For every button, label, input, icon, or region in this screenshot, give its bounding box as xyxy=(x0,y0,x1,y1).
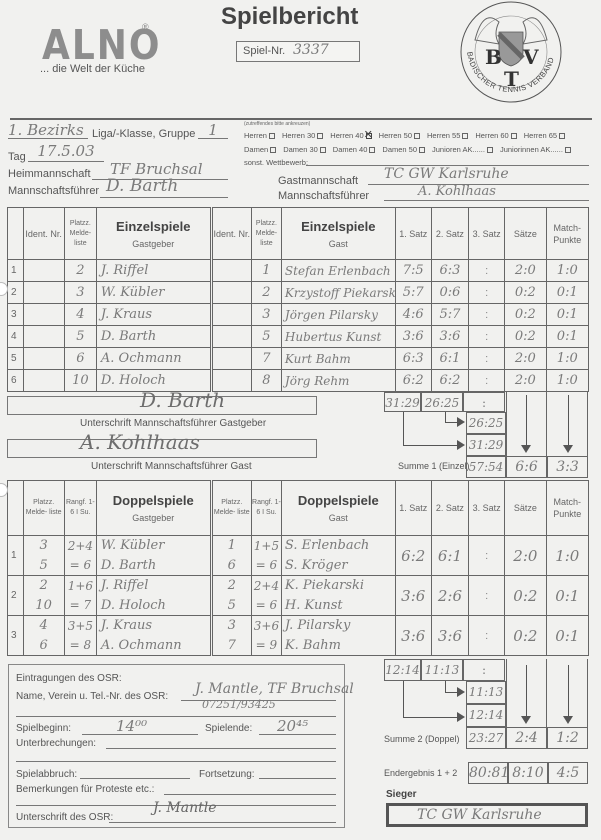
guest-player-cell[interactable]: J. Pilarsky xyxy=(281,616,395,636)
home-doubles-header: Doppelspiele Gastgeber xyxy=(96,481,211,536)
guest-singles-header: Einzelspiele Gast xyxy=(281,208,395,260)
sets-cell[interactable]: 2:0 xyxy=(505,348,546,370)
home-player-cell[interactable]: J. Riffel xyxy=(96,576,211,596)
platzz-header: Platzz. Melde- liste xyxy=(64,208,96,260)
document-title: Spielbericht xyxy=(221,3,358,31)
set2-cell[interactable]: 6:2 xyxy=(431,370,468,392)
set3-cell[interactable]: : xyxy=(469,576,505,616)
date-field[interactable]: 17.5.03 xyxy=(28,142,104,162)
set2-cell[interactable]: 3:6 xyxy=(431,616,468,656)
doubles-subtotal-set2: 11:13 xyxy=(421,659,463,681)
match-points-cell[interactable]: 0:1 xyxy=(546,304,588,326)
home-captain-field[interactable]: D. Barth xyxy=(100,176,228,198)
guest-player-cell[interactable]: Kurt Bahm xyxy=(281,348,395,370)
arrow-down-icon xyxy=(521,445,531,453)
guest-rank-cell[interactable]: = 9 xyxy=(251,636,281,656)
home-rank-cell[interactable]: 2+4 xyxy=(64,536,96,556)
interruptions-line-2[interactable] xyxy=(16,755,336,762)
sets-cell[interactable]: 2:0 xyxy=(505,260,546,282)
home-singles-header: Einzelspiele Gastgeber xyxy=(96,208,211,260)
osr-name-value: J. Mantle, TF Bruchsal xyxy=(195,681,354,697)
match-points-cell[interactable]: 0:1 xyxy=(546,576,588,616)
osr-title: Eintragungen des OSR: xyxy=(16,673,122,684)
league-label: Liga/-Klasse, Gruppe xyxy=(92,128,195,140)
checkbox-icon[interactable] xyxy=(414,133,420,139)
home-rank-cell[interactable]: = 7 xyxy=(64,596,96,616)
set1-cell[interactable]: 4:6 xyxy=(395,304,431,326)
arrow-line xyxy=(403,412,404,445)
guest-platzz-header: Platzz. Melde- liste xyxy=(251,208,281,260)
home-position-cell[interactable]: 3 xyxy=(64,282,96,304)
league-field[interactable]: 1. Bezirks xyxy=(8,121,88,139)
checkbox-icon[interactable] xyxy=(269,133,275,139)
set3-cell[interactable]: : xyxy=(469,326,505,348)
spiel-nr-label: Spiel-Nr. xyxy=(243,45,285,57)
guest-player-cell[interactable]: S. Kröger xyxy=(281,556,395,576)
guest-team-label: Gastmannschaft xyxy=(278,175,358,187)
row-number: 4 xyxy=(8,326,24,348)
set1-cell[interactable]: 6:2 xyxy=(395,370,431,392)
sets-header: Sätze xyxy=(505,481,546,536)
final-result-label: Endergebnis 1 + 2 xyxy=(384,768,457,778)
home-player-cell[interactable]: J. Kraus xyxy=(96,616,211,636)
guest-singles-sub: Gast xyxy=(282,239,395,249)
set3-header: 3. Satz xyxy=(469,481,505,536)
checkbox-icon[interactable] xyxy=(419,147,425,153)
match-points-header: Match- Punkte xyxy=(546,208,588,260)
set1-cell[interactable]: 3:6 xyxy=(395,616,431,656)
guest-position-cell[interactable]: 3 xyxy=(211,616,251,636)
registered-mark: ® xyxy=(142,22,149,32)
header-divider xyxy=(10,118,592,120)
home-captain-signature: D. Barth xyxy=(140,388,225,412)
guest-captain-signature: A. Kohlhaas xyxy=(80,430,200,454)
checkbox-icon[interactable] xyxy=(565,147,571,153)
home-doubles-sub: Gastgeber xyxy=(97,513,210,523)
arrow-line xyxy=(526,665,527,716)
end-time-value: 20⁴⁵ xyxy=(277,717,308,735)
guest-player-cell[interactable]: Hubertus Kunst xyxy=(281,326,395,348)
continuation-field[interactable] xyxy=(259,768,336,779)
guest-position-cell[interactable]: 1 xyxy=(251,260,281,282)
start-time-value: 14⁰⁰ xyxy=(116,717,147,735)
home-player-cell[interactable]: W. Kübler xyxy=(96,282,211,304)
guest-rank-cell[interactable]: 3+6 xyxy=(251,616,281,636)
arrow-right-icon xyxy=(457,417,465,427)
guest-rank-cell[interactable]: 1+5 xyxy=(251,536,281,556)
match-points-cell[interactable]: 1:0 xyxy=(546,260,588,282)
doubles-header-row: Platzz. Melde- liste Rangf. 1-6 I Su. Do… xyxy=(8,481,589,536)
home-position-cell[interactable]: 10 xyxy=(64,370,96,392)
arrow-down-icon xyxy=(563,716,573,724)
set3-cell[interactable]: : xyxy=(469,282,505,304)
guest-rank-cell[interactable]: = 6 xyxy=(251,596,281,616)
guest-player-cell[interactable]: Jörgen Pilarsky xyxy=(281,304,395,326)
doubles-sum-points: 1:2 xyxy=(547,727,588,749)
row-number: 1 xyxy=(8,260,24,282)
home-ident-cell[interactable] xyxy=(23,370,64,392)
guest-position-cell[interactable]: 5 xyxy=(251,326,281,348)
group-field[interactable]: 1 xyxy=(198,121,228,139)
set2-cell[interactable]: 3:6 xyxy=(431,326,468,348)
arrow-line xyxy=(526,395,527,445)
guest-player-cell[interactable]: S. Erlenbach xyxy=(281,536,395,556)
abort-label: Spielabbruch: xyxy=(16,769,77,780)
set2-cell[interactable]: 0:6 xyxy=(431,282,468,304)
home-ident-cell[interactable] xyxy=(23,326,64,348)
home-position-cell[interactable]: 6 xyxy=(64,348,96,370)
guest-position-cell[interactable]: 1 xyxy=(211,536,251,556)
match-points-cell[interactable]: 1:0 xyxy=(546,536,588,576)
home-captain-signature-label: Unterschrift Mannschaftsführer Gastgeber xyxy=(80,418,266,429)
singles-row: 3 4 J. Kraus 3 Jörgen Pilarsky 4:6 5:7 :… xyxy=(8,304,589,326)
osr-signature-value: J. Mantle xyxy=(153,800,217,816)
sets-header: Sätze xyxy=(505,208,546,260)
guest-player-cell[interactable]: K. Piekarski xyxy=(281,576,395,596)
doubles-sum-sets: 2:4 xyxy=(506,727,547,749)
home-singles-title: Einzelspiele xyxy=(97,219,210,235)
guest-rangf-header: Rangf. 1-6 I Su. xyxy=(251,481,281,536)
arrow-right-icon xyxy=(457,687,465,697)
home-rank-cell[interactable]: 1+6 xyxy=(64,576,96,596)
arrow-down-icon xyxy=(563,445,573,453)
match-points-header: Match- Punkte xyxy=(546,481,588,536)
winner-value: TC GW Karlsruhe xyxy=(417,807,542,823)
arrow-down-icon xyxy=(521,716,531,724)
sets-cell[interactable]: 0:2 xyxy=(505,304,546,326)
start-time-label: Spielbeginn: xyxy=(16,723,71,734)
set2-cell[interactable]: 6:3 xyxy=(431,260,468,282)
interruptions-label: Unterbrechungen: xyxy=(16,738,96,749)
category-option[interactable]: Damen 50 xyxy=(382,145,425,154)
home-doubles-title: Doppelspiele xyxy=(97,493,210,509)
doubles-table: Platzz. Melde- liste Rangf. 1-6 I Su. Do… xyxy=(7,480,589,656)
guest-team-field[interactable]: TC GW Karlsruhe xyxy=(368,166,589,185)
home-position-cell[interactable]: 5 xyxy=(23,556,64,576)
final-sets: 8:10 xyxy=(508,762,548,784)
row-number: 3 xyxy=(8,304,24,326)
guest-player-cell[interactable]: K. Bahm xyxy=(281,636,395,656)
home-ident-cell[interactable] xyxy=(23,304,64,326)
doubles-subtotal-set1: 12:14 xyxy=(384,659,421,681)
final-points: 4:5 xyxy=(548,762,588,784)
set2-header: 2. Satz xyxy=(431,208,468,260)
match-points-cell[interactable]: 1:0 xyxy=(546,370,588,392)
home-player-cell[interactable]: J. Riffel xyxy=(96,260,211,282)
winner-field[interactable]: TC GW Karlsruhe xyxy=(386,803,588,827)
set3-cell[interactable]: : xyxy=(469,616,505,656)
category-option[interactable]: Damen xyxy=(244,145,276,154)
home-position-cell[interactable]: 3 xyxy=(23,536,64,556)
home-position-cell[interactable]: 2 xyxy=(64,260,96,282)
guest-rank-cell[interactable]: 2+4 xyxy=(251,576,281,596)
set3-cell[interactable]: : xyxy=(469,348,505,370)
guest-player-cell[interactable]: Krzystoff Piekarski xyxy=(281,282,395,304)
osr-name-label: Name, Verein u. Tel.-Nr. des OSR: xyxy=(16,691,168,702)
singles-row: 5 6 A. Ochmann 7 Kurt Bahm 6:3 6:1 : 2:0… xyxy=(8,348,589,370)
set1-header: 1. Satz xyxy=(395,481,431,536)
match-points-cell[interactable]: 1:0 xyxy=(546,348,588,370)
singles-sum-games: 57:54 xyxy=(466,456,506,478)
home-captain-label: Mannschaftsführer xyxy=(8,185,99,197)
guest-position-cell[interactable]: 2 xyxy=(211,576,251,596)
guest-position-cell[interactable]: 3 xyxy=(251,304,281,326)
category-option[interactable]: Herren 40✕ xyxy=(330,131,371,140)
singles-table: Ident. Nr. Platzz. Melde- liste Einzelsp… xyxy=(7,207,589,392)
home-team-label: Heimmannschaft xyxy=(8,168,91,180)
guest-ident-cell[interactable] xyxy=(211,326,251,348)
arrow-line xyxy=(403,681,404,717)
checkbox-icon[interactable] xyxy=(511,133,517,139)
category-row-damen: Damen Damen 30 Damen 40 Damen 50 Juniore… xyxy=(244,145,594,154)
guest-singles-title: Einzelspiele xyxy=(282,219,395,235)
set3-header: 3. Satz xyxy=(469,208,505,260)
guest-position-cell[interactable]: 8 xyxy=(251,370,281,392)
date-label: Tag xyxy=(8,151,26,163)
set3-cell[interactable]: : xyxy=(469,536,505,576)
home-player-cell[interactable]: J. Kraus xyxy=(96,304,211,326)
category-option[interactable]: Herren 50 xyxy=(379,131,420,140)
guest-ident-cell[interactable] xyxy=(211,260,251,282)
guest-position-cell[interactable]: 2 xyxy=(251,282,281,304)
guest-doubles-header: Doppelspiele Gast xyxy=(281,481,395,536)
home-position-cell[interactable]: 10 xyxy=(23,596,64,616)
guest-rank-cell[interactable]: = 6 xyxy=(251,556,281,576)
arrow-right-icon xyxy=(457,712,465,722)
checkbox-icon[interactable] xyxy=(369,147,375,153)
guest-ident-nr-header: Ident. Nr. xyxy=(211,208,251,260)
checkbox-icon[interactable] xyxy=(487,147,493,153)
osr-signature-field[interactable]: J. Mantle xyxy=(109,812,336,823)
home-player-cell[interactable]: D. Barth xyxy=(96,326,211,348)
home-rank-cell[interactable]: = 6 xyxy=(64,556,96,576)
ident-nr-header: Ident. Nr. xyxy=(23,208,64,260)
osr-signature-label: Unterschrift des OSR: xyxy=(16,812,113,823)
set3-cell[interactable]: : xyxy=(469,304,505,326)
osr-section: Eintragungen des OSR: Name, Verein u. Te… xyxy=(8,664,345,828)
osr-phone-value: 07251/93425 xyxy=(202,698,276,711)
home-ident-cell[interactable] xyxy=(23,348,64,370)
interruptions-field[interactable] xyxy=(106,738,336,749)
sets-cell[interactable]: 0:2 xyxy=(505,576,546,616)
start-time-field[interactable]: 14⁰⁰ xyxy=(82,722,198,735)
guest-doubles-sub: Gast xyxy=(282,513,395,523)
row-number: 2 xyxy=(8,576,24,616)
sets-cell[interactable]: 0:2 xyxy=(505,282,546,304)
set3-cell[interactable]: : xyxy=(469,260,505,282)
federation-logo-icon: B V T BADISCHER TENNIS VERBAND xyxy=(455,0,567,104)
spiel-nr-value: 3337 xyxy=(293,42,329,58)
arrow-line xyxy=(403,717,459,718)
other-competition-label: sonst. Wettbewerb: xyxy=(244,158,308,167)
guest-ident-cell[interactable] xyxy=(211,348,251,370)
singles-row: 6 10 D. Holoch 8 Jörg Rehm 6:2 6:2 : 2:0… xyxy=(8,370,589,392)
guest-position-cell[interactable]: 5 xyxy=(211,596,251,616)
set1-cell[interactable]: 3:6 xyxy=(395,326,431,348)
svg-text:B: B xyxy=(485,45,502,69)
guest-captain-label: Mannschaftsführer xyxy=(278,190,369,202)
singles-subtotal-set3: : xyxy=(463,392,505,412)
singles-row: 4 5 D. Barth 5 Hubertus Kunst 3:6 3:6 : … xyxy=(8,326,589,348)
singles-carry-set2: 26:25 xyxy=(466,412,506,434)
singles-subtotal-set2: 26:25 xyxy=(421,392,463,412)
row-number: 2 xyxy=(8,282,24,304)
home-rank-cell[interactable]: 3+5 xyxy=(64,616,96,636)
doubles-row: 2 2 1+6 J. Riffel 2 2+4 K. Piekarski 3:6… xyxy=(8,576,589,596)
set1-cell[interactable]: 3:6 xyxy=(395,576,431,616)
sets-cell[interactable]: 2:0 xyxy=(505,536,546,576)
set1-cell[interactable]: 6:2 xyxy=(395,536,431,576)
home-singles-sub: Gastgeber xyxy=(97,239,210,249)
category-option[interactable]: Herren 65 xyxy=(524,131,565,140)
continuation-label: Fortsetzung: xyxy=(199,769,255,780)
doubles-row: 1 3 2+4 W. Kübler 1 1+5 S. Erlenbach 6:2… xyxy=(8,536,589,556)
singles-row: 2 3 W. Kübler 2 Krzystoff Piekarski 5:7 … xyxy=(8,282,589,304)
match-points-cell[interactable]: 0:1 xyxy=(546,616,588,656)
home-position-cell[interactable]: 6 xyxy=(23,636,64,656)
guest-position-cell[interactable]: 7 xyxy=(251,348,281,370)
set1-cell[interactable]: 7:5 xyxy=(395,260,431,282)
singles-subtotal-set1: 31:29 xyxy=(384,392,421,412)
doubles-subtotal-set3: : xyxy=(463,659,505,681)
category-option[interactable]: Herren xyxy=(244,131,275,140)
singles-sum-sets: 6:6 xyxy=(506,456,547,478)
checkbox-icon[interactable] xyxy=(320,147,326,153)
singles-sum-points: 3:3 xyxy=(547,456,588,478)
doubles-sum-label: Summe 2 (Doppel) xyxy=(384,734,460,744)
remarks-field[interactable] xyxy=(164,784,336,795)
doubles-sum-games: 23:27 xyxy=(466,727,506,749)
guest-doubles-title: Doppelspiele xyxy=(282,493,395,509)
row-number: 1 xyxy=(8,536,24,576)
guest-ident-cell[interactable] xyxy=(211,304,251,326)
arrow-line xyxy=(568,395,569,445)
singles-sum-label: Summe 1 (Einzel) xyxy=(398,461,470,471)
sets-cell[interactable]: 0:2 xyxy=(505,616,546,656)
guest-ident-cell[interactable] xyxy=(211,282,251,304)
home-player-cell[interactable]: A. Ochmann xyxy=(96,636,211,656)
home-position-cell[interactable]: 2 xyxy=(23,576,64,596)
home-ident-cell[interactable] xyxy=(23,260,64,282)
row-number-header xyxy=(8,208,24,260)
row-number-header xyxy=(8,481,24,536)
singles-carry-set1: 31:29 xyxy=(466,434,506,456)
row-number: 3 xyxy=(8,616,24,656)
arrow-line xyxy=(445,412,446,422)
checkbox-icon[interactable] xyxy=(462,133,468,139)
category-option[interactable]: Damen 40 xyxy=(333,145,376,154)
arrow-line xyxy=(445,681,446,692)
row-number: 6 xyxy=(8,370,24,392)
sponsor-tagline: ... die Welt der Küche xyxy=(40,63,145,75)
checked-checkbox-icon[interactable]: ✕ xyxy=(366,133,372,139)
category-option[interactable]: Herren 60 xyxy=(475,131,516,140)
match-points-cell[interactable]: 0:1 xyxy=(546,326,588,348)
category-option[interactable]: Junioren AK...... xyxy=(432,145,493,154)
singles-row: 1 2 J. Riffel 1 Stefan Erlenbach 7:5 6:3… xyxy=(8,260,589,282)
category-option[interactable]: Herren 30 xyxy=(282,131,323,140)
svg-text:V: V xyxy=(522,45,539,69)
remarks-label: Bemerkungen für Proteste etc.: xyxy=(16,784,154,795)
osr-phone-line[interactable]: 07251/93425 xyxy=(16,709,336,717)
set3-cell[interactable]: : xyxy=(469,370,505,392)
end-time-label: Spielende: xyxy=(205,723,252,734)
set1-header: 1. Satz xyxy=(395,208,431,260)
winner-label: Sieger xyxy=(386,789,417,800)
guest-player-cell[interactable]: Stefan Erlenbach xyxy=(281,260,395,282)
arrow-line xyxy=(403,445,459,446)
end-time-field[interactable]: 20⁴⁵ xyxy=(259,722,336,735)
home-rank-cell[interactable]: = 8 xyxy=(64,636,96,656)
category-option[interactable]: Damen 30 xyxy=(283,145,326,154)
final-games: 80:81 xyxy=(468,762,508,784)
doubles-carry-set1: 12:14 xyxy=(466,704,506,727)
guest-position-cell[interactable]: 6 xyxy=(211,556,251,576)
home-player-cell[interactable]: D. Barth xyxy=(96,556,211,576)
set1-cell[interactable]: 6:3 xyxy=(395,348,431,370)
guest-player-cell[interactable]: Jörg Rehm xyxy=(281,370,395,392)
set2-cell[interactable]: 6:1 xyxy=(431,536,468,576)
guest-platzz-header: Platzz. Melde- liste xyxy=(211,481,251,536)
category-row-herren: Herren Herren 30 Herren 40✕ Herren 50 He… xyxy=(244,131,594,140)
match-points-cell[interactable]: 0:1 xyxy=(546,282,588,304)
home-player-cell[interactable]: W. Kübler xyxy=(96,536,211,556)
home-position-cell[interactable]: 5 xyxy=(64,326,96,348)
row-number: 5 xyxy=(8,348,24,370)
doubles-row: 3 4 3+5 J. Kraus 3 3+6 J. Pilarsky 3:6 3… xyxy=(8,616,589,636)
guest-captain-signature-label: Unterschrift Mannschaftsführer Gast xyxy=(91,461,252,472)
platzz-header: Platzz. Melde- liste xyxy=(23,481,64,536)
set2-cell[interactable]: 2:6 xyxy=(431,576,468,616)
set2-header: 2. Satz xyxy=(431,481,468,536)
doubles-carry-set2: 11:13 xyxy=(466,681,506,704)
checkbox-icon[interactable] xyxy=(317,133,323,139)
checkbox-icon[interactable] xyxy=(270,147,276,153)
home-position-cell[interactable]: 4 xyxy=(64,304,96,326)
category-option[interactable]: Herren 55 xyxy=(427,131,468,140)
arrow-line xyxy=(568,665,569,716)
set2-cell[interactable]: 6:1 xyxy=(431,348,468,370)
guest-position-cell[interactable]: 7 xyxy=(211,636,251,656)
category-hint: (zutreffendes bitte ankreuzen) xyxy=(244,121,310,127)
home-player-cell[interactable]: A. Ochmann xyxy=(96,348,211,370)
checkbox-icon[interactable] xyxy=(559,133,565,139)
set2-cell[interactable]: 5:7 xyxy=(431,304,468,326)
arrow-right-icon xyxy=(457,440,465,450)
guest-player-cell[interactable]: H. Kunst xyxy=(281,596,395,616)
singles-header-row: Ident. Nr. Platzz. Melde- liste Einzelsp… xyxy=(8,208,589,260)
home-player-cell[interactable]: D. Holoch xyxy=(96,596,211,616)
spiel-nr-field[interactable]: Spiel-Nr. 3337 xyxy=(236,41,360,62)
home-position-cell[interactable]: 4 xyxy=(23,616,64,636)
set1-cell[interactable]: 5:7 xyxy=(395,282,431,304)
abort-field[interactable] xyxy=(80,768,190,779)
home-ident-cell[interactable] xyxy=(23,282,64,304)
rangf-header: Rangf. 1-6 I Su. xyxy=(64,481,96,536)
guest-captain-field[interactable]: A. Kohlhaas xyxy=(384,184,589,201)
category-option[interactable]: Juniorinnen AK...... xyxy=(500,145,571,154)
sets-cell[interactable]: 2:0 xyxy=(505,370,546,392)
sets-cell[interactable]: 0:2 xyxy=(505,326,546,348)
